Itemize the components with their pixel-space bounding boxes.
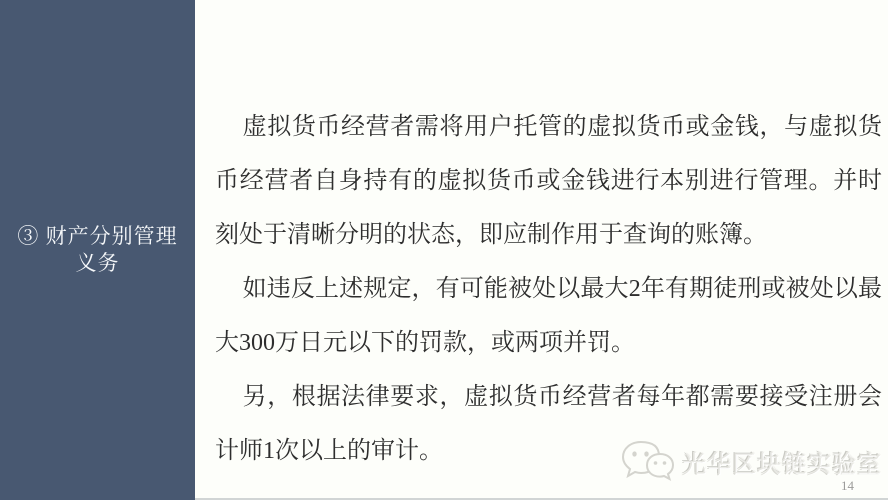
- paragraph: 如违反上述规定，有可能被处以最大2年有期徒刑或被处以最大300万日元以下的罚款，…: [215, 262, 882, 370]
- body-paragraphs: 虚拟货币经营者需将用户托管的虚拟货币或金钱，与虚拟货币经营者自身持有的虚拟货币或…: [215, 100, 882, 478]
- slide-body: 虚拟货币经营者需将用户托管的虚拟货币或金钱，与虚拟货币经营者自身持有的虚拟货币或…: [195, 0, 888, 498]
- sidebar-title-line2: 义务: [17, 250, 177, 277]
- watermark-text: 光华区块链实验室: [682, 444, 882, 479]
- sidebar-title: ③ 财产分别管理 义务: [17, 223, 177, 277]
- page-number: 14: [841, 478, 854, 494]
- wechat-bubbles-icon: [620, 438, 676, 484]
- sidebar: ③ 财产分别管理 义务: [0, 0, 195, 500]
- presentation-slide: ③ 财产分别管理 义务 虚拟货币经营者需将用户托管的虚拟货币或金钱，与虚拟货币经…: [0, 0, 888, 500]
- paragraph: 虚拟货币经营者需将用户托管的虚拟货币或金钱，与虚拟货币经营者自身持有的虚拟货币或…: [215, 100, 882, 262]
- sidebar-title-line1: ③ 财产分别管理: [17, 223, 177, 250]
